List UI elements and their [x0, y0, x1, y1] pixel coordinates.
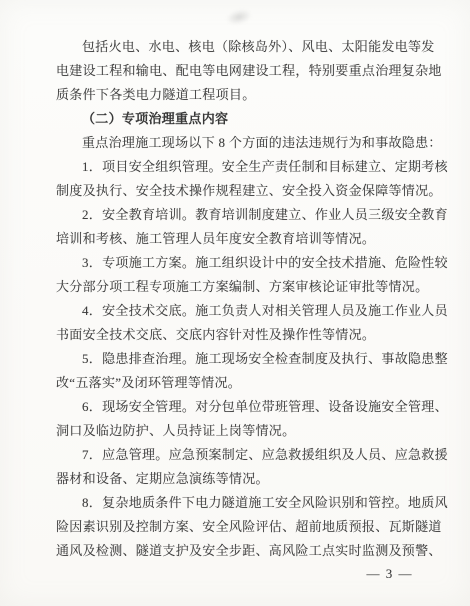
document-line: 包括火电、水电、核电（除核岛外）、风电、太阳能发电等发	[56, 35, 448, 59]
document-line: 电建设工程和输电、配电等电网建设工程，特别要重点治理复杂地	[56, 59, 448, 83]
document-body: 包括火电、水电、核电（除核岛外）、风电、太阳能发电等发电建设工程和输电、配电等电…	[56, 35, 448, 563]
document-line: 7．应急管理。应急预案制定、应急救援组织及人员、应急救援	[56, 443, 448, 467]
document-line: 通风及检测、隧道支护及安全步距、高风险工点实时监测及预警、	[56, 539, 448, 563]
document-line: 8．复杂地质条件下电力隧道施工安全风险识别和管控。地质风	[56, 491, 448, 515]
page-number: — 3 —	[367, 566, 414, 582]
document-line: 6．现场安全管理。对分包单位带班管理、设备设施安全管理、	[56, 395, 448, 419]
scan-smudge	[225, 7, 254, 27]
document-line: 洞口及临边防护、人员持证上岗等情况。	[56, 419, 448, 443]
document-line: 险因素识别及控制方案、安全风险评估、超前地质预报、瓦斯隧道	[56, 515, 448, 539]
document-line: 1．项目安全组织管理。安全生产责任制和目标建立、定期考核	[56, 155, 448, 179]
section-heading: （二）专项治理重点内容	[56, 107, 448, 131]
document-line: 4．安全技术交底。施工负责人对相关管理人员及施工作业人员	[56, 299, 448, 323]
document-line: 质条件下各类电力隧道工程项目。	[56, 83, 448, 107]
document-line: 3．专项施工方案。施工组织设计中的安全技术措施、危险性较	[56, 251, 448, 275]
document-line: 器材和设备、定期应急演练等情况。	[56, 467, 448, 491]
document-line: 培训和考核、施工管理人员年度安全教育培训等情况。	[56, 227, 448, 251]
document-line: 大分部分项工程专项施工方案编制、方案审核论证审批等情况。	[56, 275, 448, 299]
document-page: 包括火电、水电、核电（除核岛外）、风电、太阳能发电等发电建设工程和输电、配电等电…	[0, 0, 470, 606]
document-line: 书面安全技术交底、交底内容针对性及操作性等情况。	[56, 323, 448, 347]
document-line: 5．隐患排查治理。施工现场安全检查制度及执行、事故隐患整	[56, 347, 448, 371]
document-line: 重点治理施工现场以下 8 个方面的违法违规行为和事故隐患：	[56, 131, 448, 155]
document-line: 2．安全教育培训。教育培训制度建立、作业人员三级安全教育	[56, 203, 448, 227]
document-line: 制度及执行、安全技术操作规程建立、安全投入资金保障等情况。	[56, 179, 448, 203]
document-line: 改“五落实”及闭环管理等情况。	[56, 371, 448, 395]
